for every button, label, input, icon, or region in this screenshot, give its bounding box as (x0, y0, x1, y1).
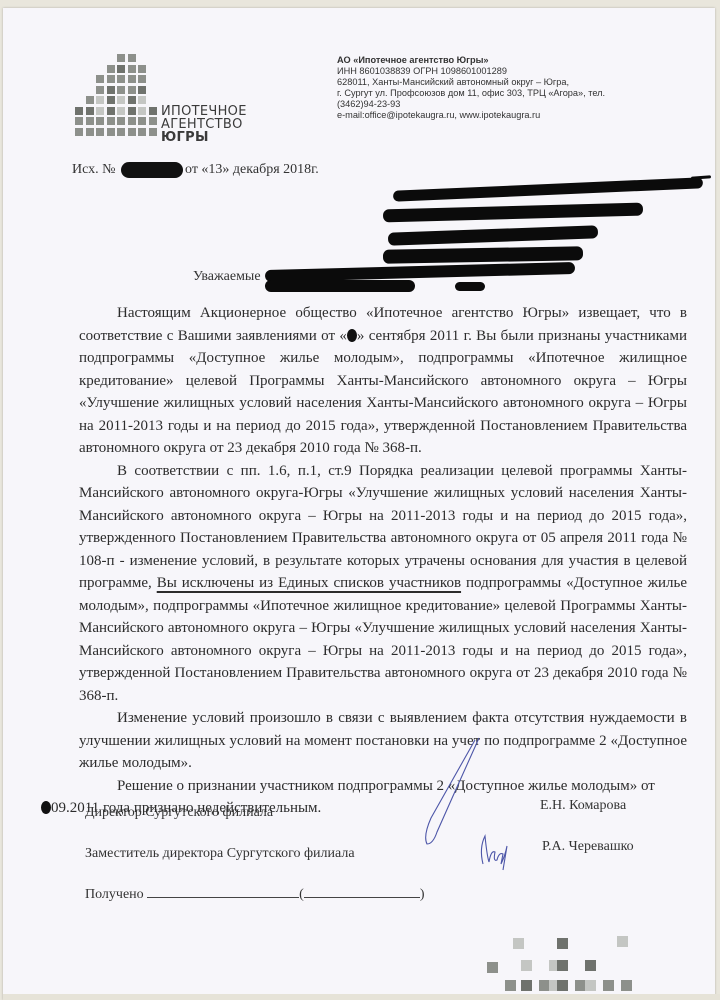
received-field: Получено () (85, 884, 425, 903)
received-signature-line (147, 884, 299, 898)
logo-line-3: ЮГРЫ (161, 131, 247, 144)
paragraph-2: В соответствии с пп. 1.6, п.1, ст.9 Поря… (79, 460, 687, 708)
received-name-line (304, 884, 420, 898)
salutation: Уважаемые (193, 269, 261, 285)
phone: (3462)94-23-93 (337, 99, 657, 110)
received-label: Получено (85, 887, 144, 902)
letterhead: АО «Ипотечное агентство Югры» ИНН 860103… (337, 55, 657, 121)
letter-body: Настоящим Акционерное общество «Ипотечно… (79, 302, 687, 820)
outgoing-prefix: Исх. № (72, 162, 116, 177)
address-line-1: 628011, Ханты-Мансийский автономный окру… (337, 77, 657, 88)
contacts: e-mail:office@ipotekaugra.ru, www.ipotek… (337, 110, 657, 121)
director-title: Директор Сургутского филиала (85, 805, 273, 821)
address-line-2: г. Сургут ул. Профсоюзов дом 11, офис 30… (337, 88, 657, 99)
redaction-mark (347, 329, 357, 342)
footer-squares-icon (493, 918, 720, 998)
redaction-mark (121, 162, 183, 178)
page-edge (3, 994, 720, 1000)
redaction-mark (41, 801, 51, 814)
paragraph-1: Настоящим Акционерное общество «Ипотечно… (79, 302, 687, 460)
logo-icon (75, 54, 157, 138)
outgoing-reference: Исх. № от «13» декабря 2018г. (72, 162, 319, 178)
deputy-title: Заместитель директора Сургутского филиал… (85, 846, 355, 862)
addressee-redaction (383, 176, 713, 276)
org-name: АО «Ипотечное агентство Югры» (337, 55, 657, 66)
logo-wordmark: ИПОТЕЧНОЕ АГЕНТСТВО ЮГРЫ (161, 105, 247, 144)
salutation-redaction (265, 266, 595, 296)
deputy-name: Р.А. Черевашко (542, 839, 634, 855)
org-ids: ИНН 8601038839 ОГРН 1098601001289 (337, 66, 657, 77)
letter-page: ИПОТЕЧНОЕ АГЕНТСТВО ЮГРЫ АО «Ипотечное а… (3, 8, 715, 1000)
underlined-exclusion: Вы исключены из Единых списков участнико… (157, 575, 461, 591)
deputy-signature-icon (477, 826, 517, 872)
director-name: Е.Н. Комарова (540, 798, 626, 814)
paragraph-3: Изменение условий произошло в связи с вы… (79, 707, 687, 775)
outgoing-date: от «13» декабря 2018г. (185, 162, 319, 177)
